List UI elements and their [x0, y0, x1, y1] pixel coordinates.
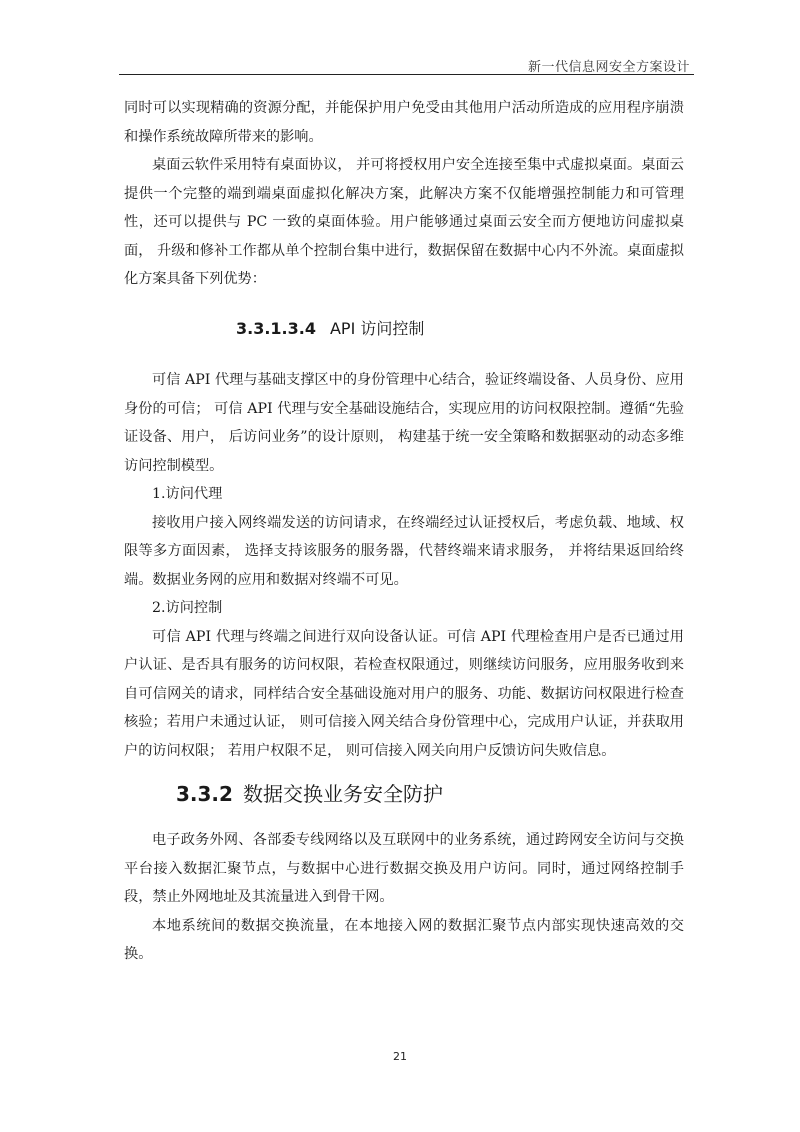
- paragraph: 接收用户接入网终端发送的访问请求，在终端经过认证授权后，考虑负载、地域、权限等多…: [124, 509, 684, 595]
- paragraph: 可信 API 代理与终端之间进行双向设备认证。可信 API 代理检查用户是否已通…: [124, 623, 684, 766]
- heading-title: API 访问控制: [330, 319, 424, 338]
- paragraph: 电子政务外网、各部委专线网络以及互联网中的业务系统，通过跨网安全访问与交换平台接…: [124, 826, 684, 912]
- section-heading-api-access-control: 3.3.1.3.4API 访问控制: [236, 316, 424, 339]
- api-section: 可信 API 代理与基础支撑区中的身份管理中心结合，验证终端设备、人员身份、应用…: [124, 366, 684, 765]
- paragraph: 桌面云软件采用特有桌面协议， 并可将授权用户安全连接至集中式虚拟桌面。桌面云提供…: [124, 151, 684, 294]
- heading-number: 3.3.2: [176, 782, 233, 806]
- header-title: 新一代信息网安全方案设计: [528, 56, 690, 75]
- paragraph: 可信 API 代理与基础支撑区中的身份管理中心结合，验证终端设备、人员身份、应用…: [124, 366, 684, 480]
- section-heading-data-exchange: 3.3.2数据交换业务安全防护: [176, 778, 443, 807]
- heading-title: 数据交换业务安全防护: [243, 782, 443, 806]
- paragraph: 同时可以实现精确的资源分配，并能保护用户免受由其他用户活动所造成的应用程序崩溃和…: [124, 94, 684, 151]
- page-header: 新一代信息网安全方案设计: [119, 56, 694, 75]
- heading-number: 3.3.1.3.4: [236, 319, 316, 338]
- page-number: 21: [0, 1050, 800, 1063]
- exchange-section: 电子政务外网、各部委专线网络以及互联网中的业务系统，通过跨网安全访问与交换平台接…: [124, 826, 684, 969]
- list-item-label: 1.访问代理: [124, 480, 684, 509]
- paragraph: 本地系统间的数据交换流量，在本地接入网的数据汇聚节点内部实现快速高效的交换。: [124, 912, 684, 969]
- list-item-label: 2.访问控制: [124, 594, 684, 623]
- intro-section: 同时可以实现精确的资源分配，并能保护用户免受由其他用户活动所造成的应用程序崩溃和…: [124, 94, 684, 294]
